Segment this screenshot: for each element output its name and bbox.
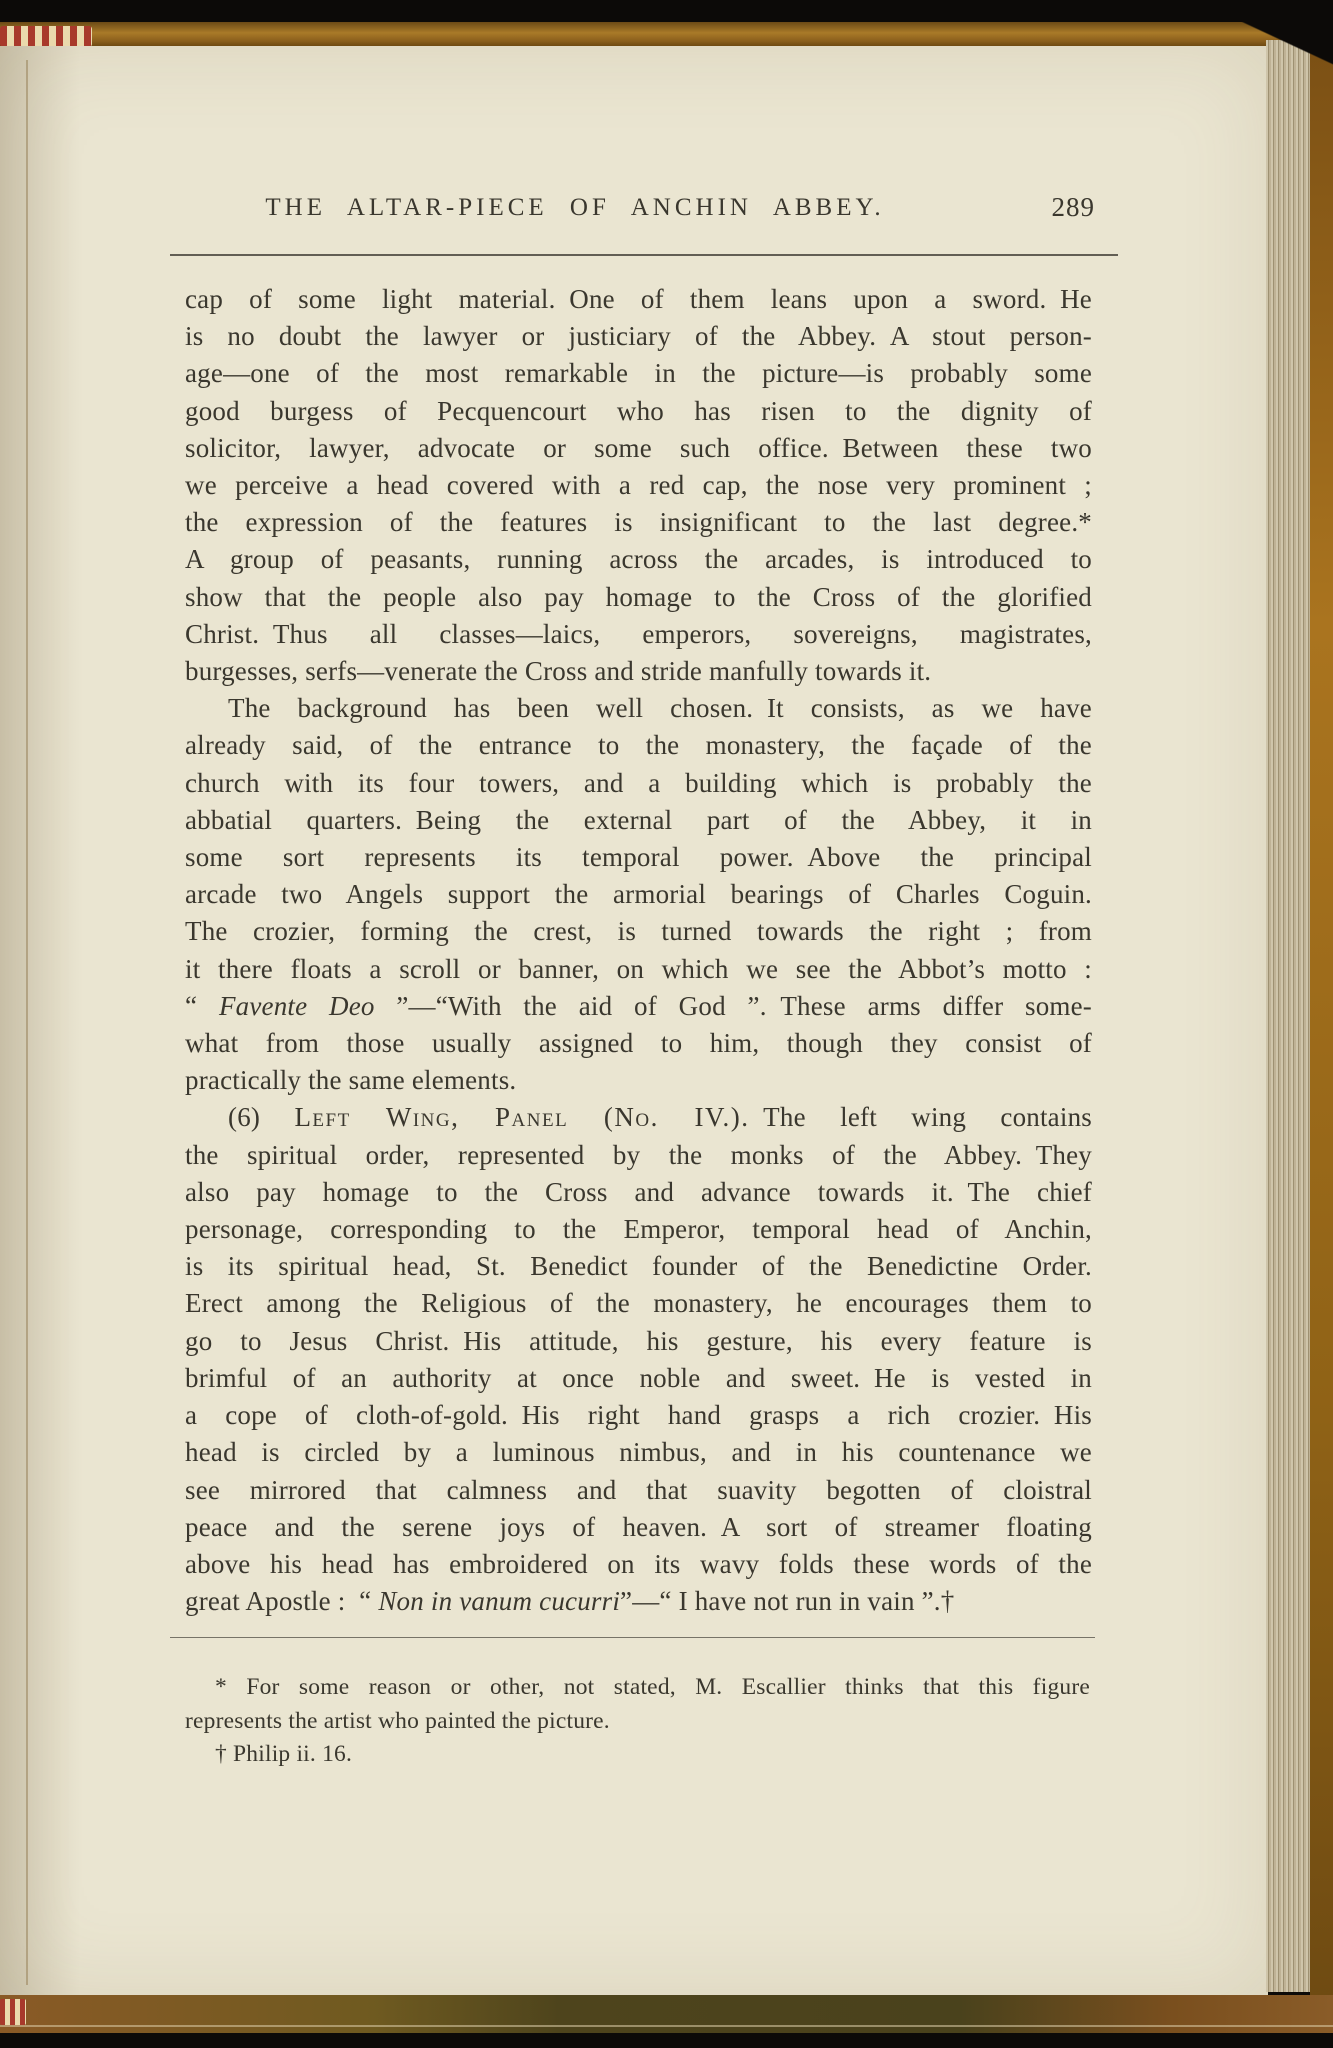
text-segment: ”—“ I have not run in vain ”.†	[620, 1586, 954, 1616]
text-line: (6) Left Wing, Panel (No. IV.). The left…	[185, 1099, 1092, 1136]
text-segment: The left wing contains	[749, 1102, 1092, 1132]
text-line: The crozier, forming the crest, is turne…	[185, 913, 1092, 950]
text-line: the spiritual order, represented by the …	[185, 1137, 1092, 1174]
text-segment: age—one of the most remarkable in the pi…	[185, 358, 1092, 388]
text-line: A group of peasants, running across the …	[185, 541, 1092, 578]
text-segment: brimful of an authority at once noble an…	[185, 1363, 1092, 1393]
text-line: head is circled by a luminous nimbus, an…	[185, 1434, 1092, 1471]
text-segment: “	[185, 991, 219, 1021]
text-line: what from those usually assigned to him,…	[185, 1025, 1092, 1062]
text-segment: go to Jesus Christ. His attitude, his ge…	[185, 1326, 1092, 1356]
book-cover-bottom-edge	[0, 1995, 1333, 2033]
headband-top	[0, 26, 92, 47]
text-line: see mirrored that calmness and that suav…	[185, 1472, 1092, 1509]
book-cover-right-edge	[1310, 30, 1333, 2012]
text-segment: above his head has embroidered on its wa…	[185, 1549, 1092, 1579]
text-line: is its spiritual head, St. Benedict foun…	[185, 1248, 1092, 1285]
text-segment: Christ. Thus all classes—laics, emperors…	[185, 619, 1092, 649]
text-line: abbatial quarters. Being the external pa…	[185, 802, 1092, 839]
text-segment: great Apostle : “	[185, 1586, 378, 1616]
text-segment: what from those usually assigned to him,…	[185, 1028, 1092, 1058]
text-line: personage, corresponding to the Emperor,…	[185, 1211, 1092, 1248]
text-line: “ Favente Deo ”—“With the aid of God ”. …	[185, 988, 1092, 1025]
italic-text: Non in vanum cucurri	[378, 1586, 620, 1616]
header-rule	[170, 254, 1118, 256]
text-line: peace and the serene joys of heaven. A s…	[185, 1509, 1092, 1546]
text-segment: show that the people also pay homage to …	[185, 582, 1092, 612]
text-line: Erect among the Religious of the monaste…	[185, 1285, 1092, 1322]
text-line: some sort represents its temporal power.…	[185, 839, 1092, 876]
text-segment: * For some reason or other, not stated, …	[215, 1674, 1090, 1700]
text-line: practically the same elements.	[185, 1062, 1092, 1099]
text-segment: the expression of the features is insign…	[185, 507, 1092, 537]
text-segment: good burgess of Pecquencourt who has ris…	[185, 396, 1092, 426]
text-line: * For some reason or other, not stated, …	[185, 1671, 1090, 1705]
text-segment: is its spiritual head, St. Benedict foun…	[185, 1251, 1092, 1281]
headband-bottom	[0, 1999, 26, 2025]
smallcaps-text: Left Wing, Panel (No. IV.).	[294, 1102, 749, 1132]
text-segment: see mirrored that calmness and that suav…	[185, 1475, 1092, 1505]
footnotes: * For some reason or other, not stated, …	[185, 1671, 1090, 1772]
text-segment: already said, of the entrance to the mon…	[185, 730, 1092, 760]
text-line: is no doubt the lawyer or justiciary of …	[185, 318, 1092, 355]
italic-text: Favente Deo	[219, 991, 375, 1021]
gutter-shadow	[0, 46, 80, 1995]
text-line: great Apostle : “ Non in vanum cucurri”—…	[185, 1583, 1092, 1620]
text-segment: represents the artist who painted the pi…	[185, 1708, 610, 1734]
text-segment: some sort represents its temporal power.…	[185, 842, 1092, 872]
text-segment: A group of peasants, running across the …	[185, 544, 1092, 574]
text-line: brimful of an authority at once noble an…	[185, 1360, 1092, 1397]
book-photo: THE ALTAR-PIECE OF ANCHIN ABBEY. 289 cap…	[0, 0, 1333, 2048]
text-line: burgesses, serfs—venerate the Cross and …	[185, 653, 1092, 690]
text-line: show that the people also pay homage to …	[185, 579, 1092, 616]
text-segment: a cope of cloth-of-gold. His right hand …	[185, 1400, 1092, 1430]
background-corner	[1223, 0, 1333, 100]
text-segment: head is circled by a luminous nimbus, an…	[185, 1437, 1092, 1467]
text-segment: the spiritual order, represented by the …	[185, 1140, 1092, 1170]
text-segment: also pay homage to the Cross and advance…	[185, 1177, 1092, 1207]
text-line: represents the artist who painted the pi…	[185, 1705, 1090, 1739]
text-segment: church with its four towers, and a build…	[185, 768, 1092, 798]
text-line: above his head has embroidered on its wa…	[185, 1546, 1092, 1583]
text-line: solicitor, lawyer, advocate or some such…	[185, 430, 1092, 467]
text-line: it there floats a scroll or banner, on w…	[185, 951, 1092, 988]
text-segment: arcade two Angels support the armorial b…	[185, 879, 1092, 909]
footnote-rule	[170, 1637, 1095, 1638]
text-segment: we perceive a head covered with a red ca…	[185, 470, 1092, 500]
text-segment: The crozier, forming the crest, is turne…	[185, 916, 1092, 946]
text-segment: The background has been well chosen. It …	[228, 693, 1092, 723]
text-segment: it there floats a scroll or banner, on w…	[185, 954, 1092, 984]
page-crease	[26, 60, 28, 1985]
running-header: THE ALTAR-PIECE OF ANCHIN ABBEY.	[150, 194, 1000, 222]
text-line: go to Jesus Christ. His attitude, his ge…	[185, 1323, 1092, 1360]
text-segment: peace and the serene joys of heaven. A s…	[185, 1512, 1092, 1542]
text-line: we perceive a head covered with a red ca…	[185, 467, 1092, 504]
text-line: a cope of cloth-of-gold. His right hand …	[185, 1397, 1092, 1434]
text-line: The background has been well chosen. It …	[185, 690, 1092, 727]
text-segment: ”—“With the aid of God ”. These arms dif…	[375, 991, 1092, 1021]
text-segment: cap of some light material. One of them …	[185, 284, 1092, 314]
page-number: 289	[1010, 192, 1095, 223]
text-segment: abbatial quarters. Being the external pa…	[185, 805, 1092, 835]
text-line: good burgess of Pecquencourt who has ris…	[185, 393, 1092, 430]
text-line: also pay homage to the Cross and advance…	[185, 1174, 1092, 1211]
text-segment: personage, corresponding to the Emperor,…	[185, 1214, 1092, 1244]
book-cover-top-edge	[0, 22, 1333, 46]
text-segment: † Philip ii. 16.	[215, 1741, 352, 1767]
body-text: cap of some light material. One of them …	[185, 281, 1092, 1620]
text-segment: Erect among the Religious of the monaste…	[185, 1288, 1092, 1318]
text-segment: solicitor, lawyer, advocate or some such…	[185, 433, 1092, 463]
text-segment: (6)	[228, 1102, 294, 1132]
text-line: age—one of the most remarkable in the pi…	[185, 355, 1092, 392]
text-segment: practically the same elements.	[185, 1065, 516, 1095]
text-line: Christ. Thus all classes—laics, emperors…	[185, 616, 1092, 653]
text-segment: burgesses, serfs—venerate the Cross and …	[185, 656, 931, 686]
text-line: the expression of the features is insign…	[185, 504, 1092, 541]
text-line: cap of some light material. One of them …	[185, 281, 1092, 318]
text-line: church with its four towers, and a build…	[185, 765, 1092, 802]
text-segment: is no doubt the lawyer or justiciary of …	[185, 321, 1092, 351]
text-line: already said, of the entrance to the mon…	[185, 727, 1092, 764]
fore-edge-pages	[1266, 40, 1312, 1992]
text-line: arcade two Angels support the armorial b…	[185, 876, 1092, 913]
text-line: † Philip ii. 16.	[185, 1738, 1090, 1772]
